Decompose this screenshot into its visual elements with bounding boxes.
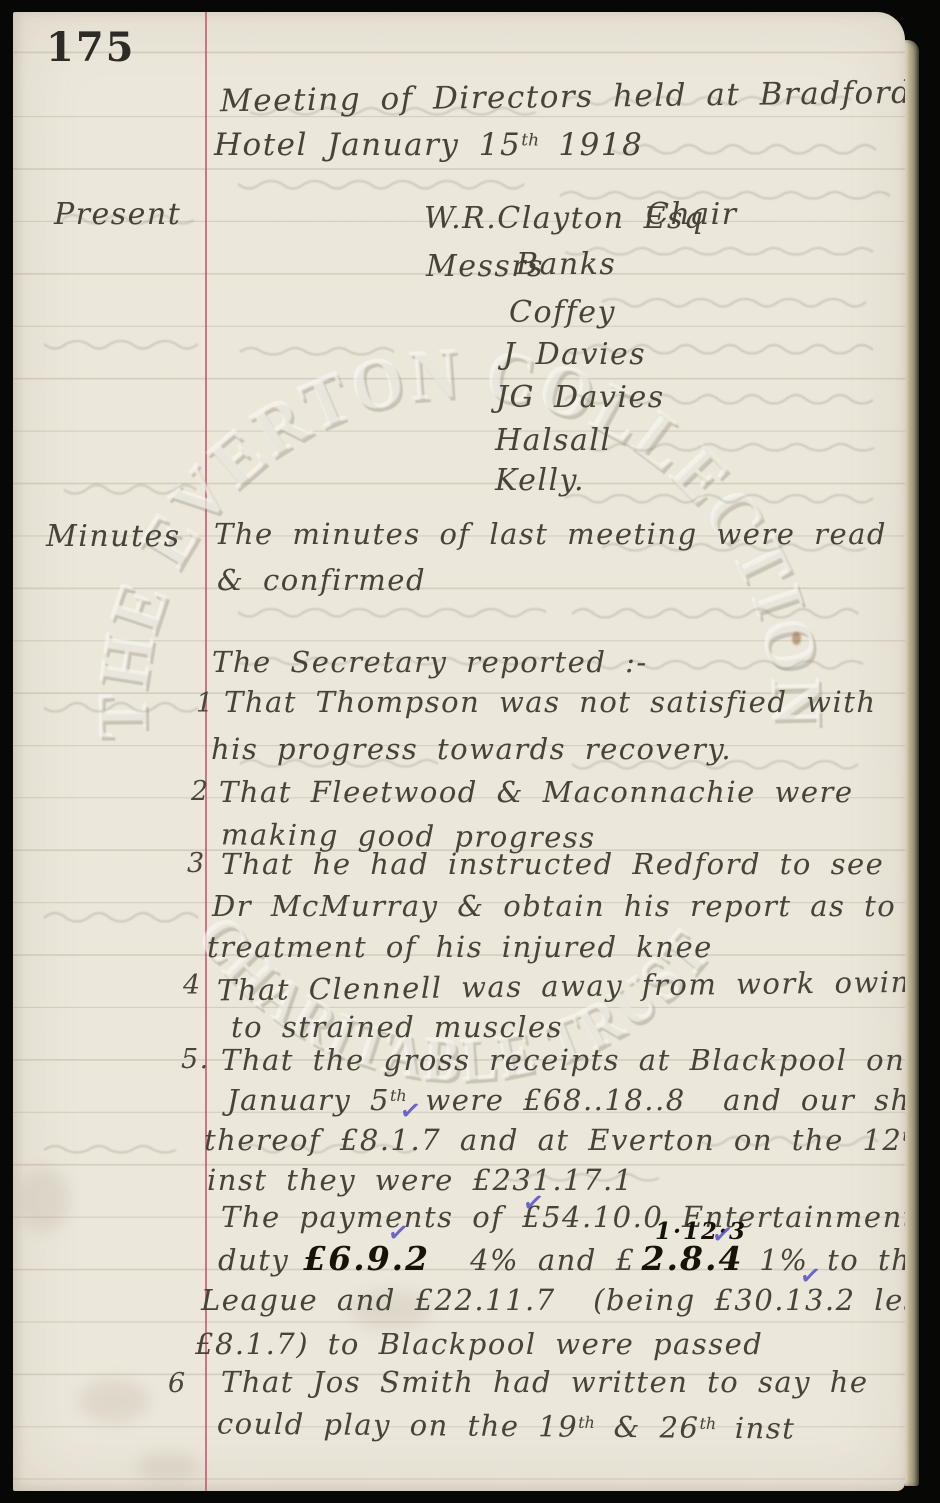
heading-date: Hotel January 15 bbox=[214, 127, 521, 163]
report-item-line: The payments of £54.10.0 Entertainment bbox=[221, 1201, 905, 1234]
minutes-confirmation-line-2: & confirmed bbox=[217, 564, 426, 597]
heading-line-2: Hotel January 15th 1918 bbox=[214, 128, 643, 164]
item-number: 4 bbox=[183, 970, 202, 1001]
report-item-line: That Thompson was not satisfied with bbox=[224, 686, 877, 719]
amended-duty-amount: £6.9.2 bbox=[303, 1239, 430, 1278]
report-item-line: That Jos Smith had written to say he bbox=[221, 1366, 869, 1399]
report-item-line: That Fleetwood & Maconnachie were bbox=[219, 776, 854, 809]
report-item-line: treatment of his injured knee bbox=[207, 931, 713, 964]
report-item-line: Dr McMurray & obtain his report as to bbox=[212, 890, 896, 923]
report-item-line-dates: could play on the 19th & 26th inst bbox=[217, 1407, 796, 1445]
receipts-amounts: were £68..18..8 and our share bbox=[407, 1083, 905, 1117]
report-item-line: to strained muscles bbox=[231, 1011, 563, 1044]
item-number: 5. bbox=[181, 1044, 210, 1075]
foxing-spot bbox=[792, 632, 801, 645]
report-item-line: inst they were £231.17.1 bbox=[207, 1164, 634, 1197]
report-item-line: his progress towards recovery. bbox=[211, 733, 732, 766]
league-percentage-text: 1% to the bbox=[759, 1243, 905, 1277]
margin-label-minutes: Minutes bbox=[46, 520, 181, 555]
attendee-name: JG Davies bbox=[496, 381, 665, 416]
attendee-name: Kelly. bbox=[495, 464, 585, 499]
report-item-line: That he had instructed Redford to see bbox=[221, 848, 884, 881]
attendee-name: Banks bbox=[516, 248, 616, 283]
margin-label-present: Present bbox=[54, 198, 181, 233]
item-number: 6 bbox=[168, 1368, 187, 1399]
paper-smudge bbox=[18, 1168, 70, 1232]
page-content: THE EVERTON COLLECTION THE EVERTON COLLE… bbox=[13, 12, 905, 1491]
ordinal-suffix: th bbox=[521, 131, 539, 151]
receipts-date: January 5 bbox=[227, 1083, 390, 1117]
attendee-name: Coffey bbox=[509, 296, 616, 331]
share-text: thereof £8.1.7 and at Everton on the 12 bbox=[204, 1123, 902, 1157]
report-item-line: That the gross receipts at Blackpool on bbox=[221, 1044, 905, 1077]
blue-tick-mark: ✓ bbox=[386, 1217, 411, 1249]
attendee-name: J Davies bbox=[503, 338, 646, 373]
attendee-name: Halsall bbox=[495, 424, 612, 459]
report-item-line: £8.1.7) to Blackpool were passed bbox=[195, 1328, 763, 1361]
minute-book-page: THE EVERTON COLLECTION THE EVERTON COLLE… bbox=[13, 12, 905, 1491]
play-dates-end: inst bbox=[716, 1411, 796, 1446]
blue-tick-mark: ✓ bbox=[521, 1187, 546, 1219]
report-item-line-receipts: January 5th were £68..18..8 and our shar… bbox=[227, 1084, 905, 1117]
percentage-text: 4% and £ bbox=[470, 1243, 635, 1277]
secretary-report-heading: The Secretary reported :- bbox=[212, 646, 648, 679]
report-item-line-share: thereof £8.1.7 and at Everton on the 12t… bbox=[204, 1124, 905, 1157]
minutes-confirmation-line-1: The minutes of last meeting were read bbox=[214, 518, 887, 551]
chairman-role: Chair bbox=[646, 198, 738, 233]
item-number: 2 bbox=[191, 776, 210, 807]
ordinal-suffix: th bbox=[699, 1414, 716, 1433]
report-item-line: League and £22.11.7 (being £30.13.2 less bbox=[201, 1284, 905, 1317]
paper-smudge bbox=[78, 1378, 150, 1424]
book-page-edge bbox=[905, 40, 919, 1486]
red-margin-line bbox=[205, 12, 207, 1491]
item-number: 3 bbox=[187, 848, 206, 879]
ordinal-suffix: th bbox=[578, 1413, 595, 1432]
heading-year: 1918 bbox=[539, 127, 643, 163]
blue-tick-mark: ✓ bbox=[710, 1219, 735, 1251]
play-dates-text: could play on the 19 bbox=[217, 1406, 578, 1443]
blue-tick-mark: ✓ bbox=[398, 1095, 423, 1127]
play-dates-mid: & 26 bbox=[595, 1410, 700, 1445]
duty-label: duty bbox=[218, 1243, 289, 1277]
paper-smudge bbox=[136, 1452, 200, 1482]
item-number: 1 bbox=[196, 688, 215, 719]
blue-tick-mark: ✓ bbox=[798, 1260, 823, 1292]
page-number: 175 bbox=[46, 24, 136, 71]
